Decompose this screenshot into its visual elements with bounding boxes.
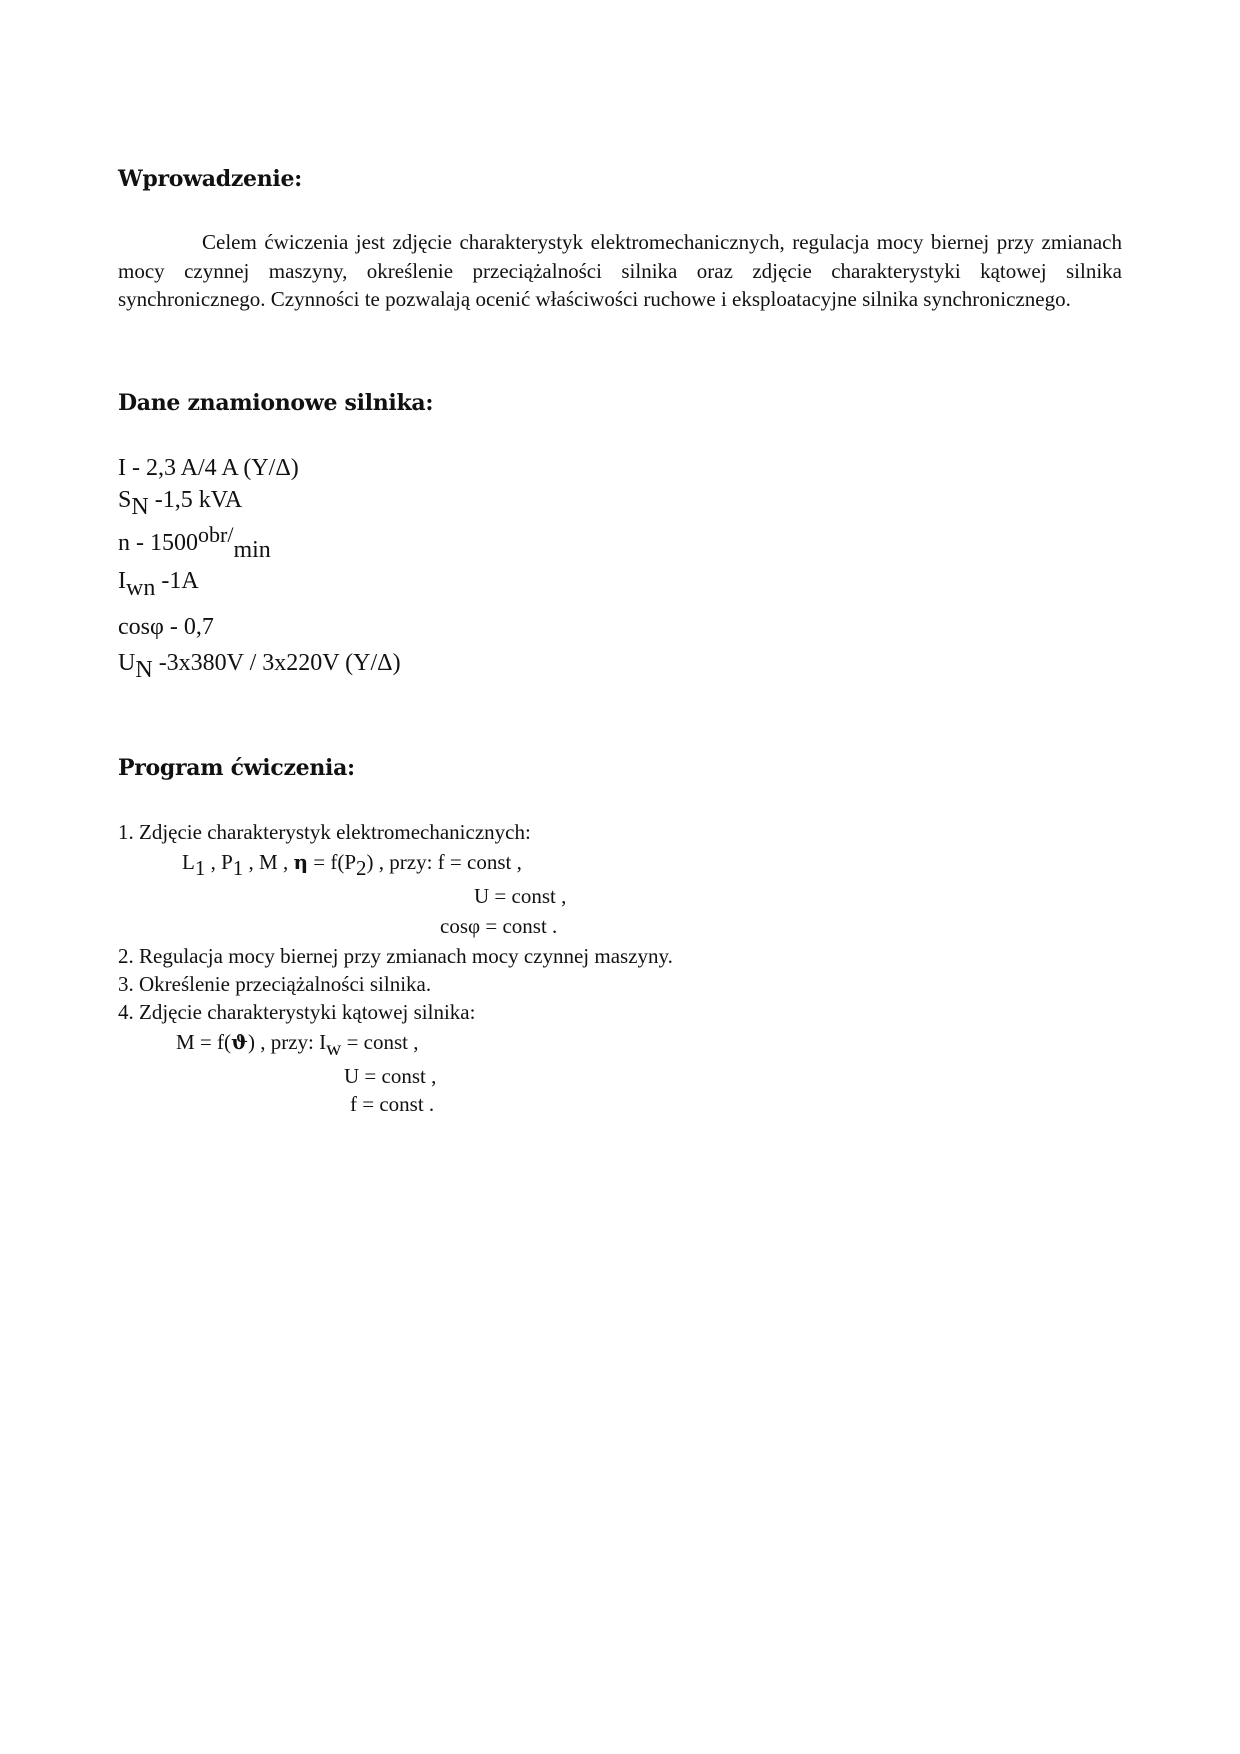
spec-power-factor: cosφ - 0,7 <box>118 614 214 641</box>
spec-current: I - 2,3 A/4 A (Y/Δ) <box>118 455 299 482</box>
document-page: Wprowadzenie: Celem ćwiczenia jest zdjęc… <box>0 0 1240 1754</box>
nameplate-heading: Dane znamionowe silnika: <box>118 390 433 416</box>
spec-apparent-power: SN -1,5 kVA <box>118 487 242 514</box>
program-item-4: 4. Zdjęcie charakterystyki kątowej silni… <box>118 1000 475 1025</box>
spec-voltage: UN -3x380V / 3x220V (Y/Δ) <box>118 650 401 677</box>
program-item-1-condition-u: U = const , <box>474 884 566 909</box>
spec-speed: n - 1500obr/min <box>118 530 271 564</box>
program-item-4-condition-u: U = const , <box>344 1064 436 1089</box>
program-item-1: 1. Zdjęcie charakterystyk elektromechani… <box>118 820 531 845</box>
program-item-3: 3. Określenie przeciążalności silnika. <box>118 972 431 997</box>
program-item-1-formula: L1 , P1 , M , η = f(P2) , przy: f = cons… <box>182 850 522 875</box>
program-item-4-formula: M = f(ϑ) , przy: Iw = const , <box>176 1030 418 1055</box>
intro-paragraph-text: Celem ćwiczenia jest zdjęcie charakterys… <box>118 230 1122 311</box>
program-item-4-condition-f: f = const . <box>350 1092 434 1117</box>
intro-paragraph: Celem ćwiczenia jest zdjęcie charakterys… <box>118 228 1122 314</box>
program-heading: Program ćwiczenia: <box>118 755 355 781</box>
intro-heading: Wprowadzenie: <box>118 166 302 192</box>
program-item-1-condition-cosphi: cosφ = const . <box>440 914 557 939</box>
spec-excitation-current: Iwn -1A <box>118 568 199 595</box>
program-item-2: 2. Regulacja mocy biernej przy zmianach … <box>118 944 673 969</box>
